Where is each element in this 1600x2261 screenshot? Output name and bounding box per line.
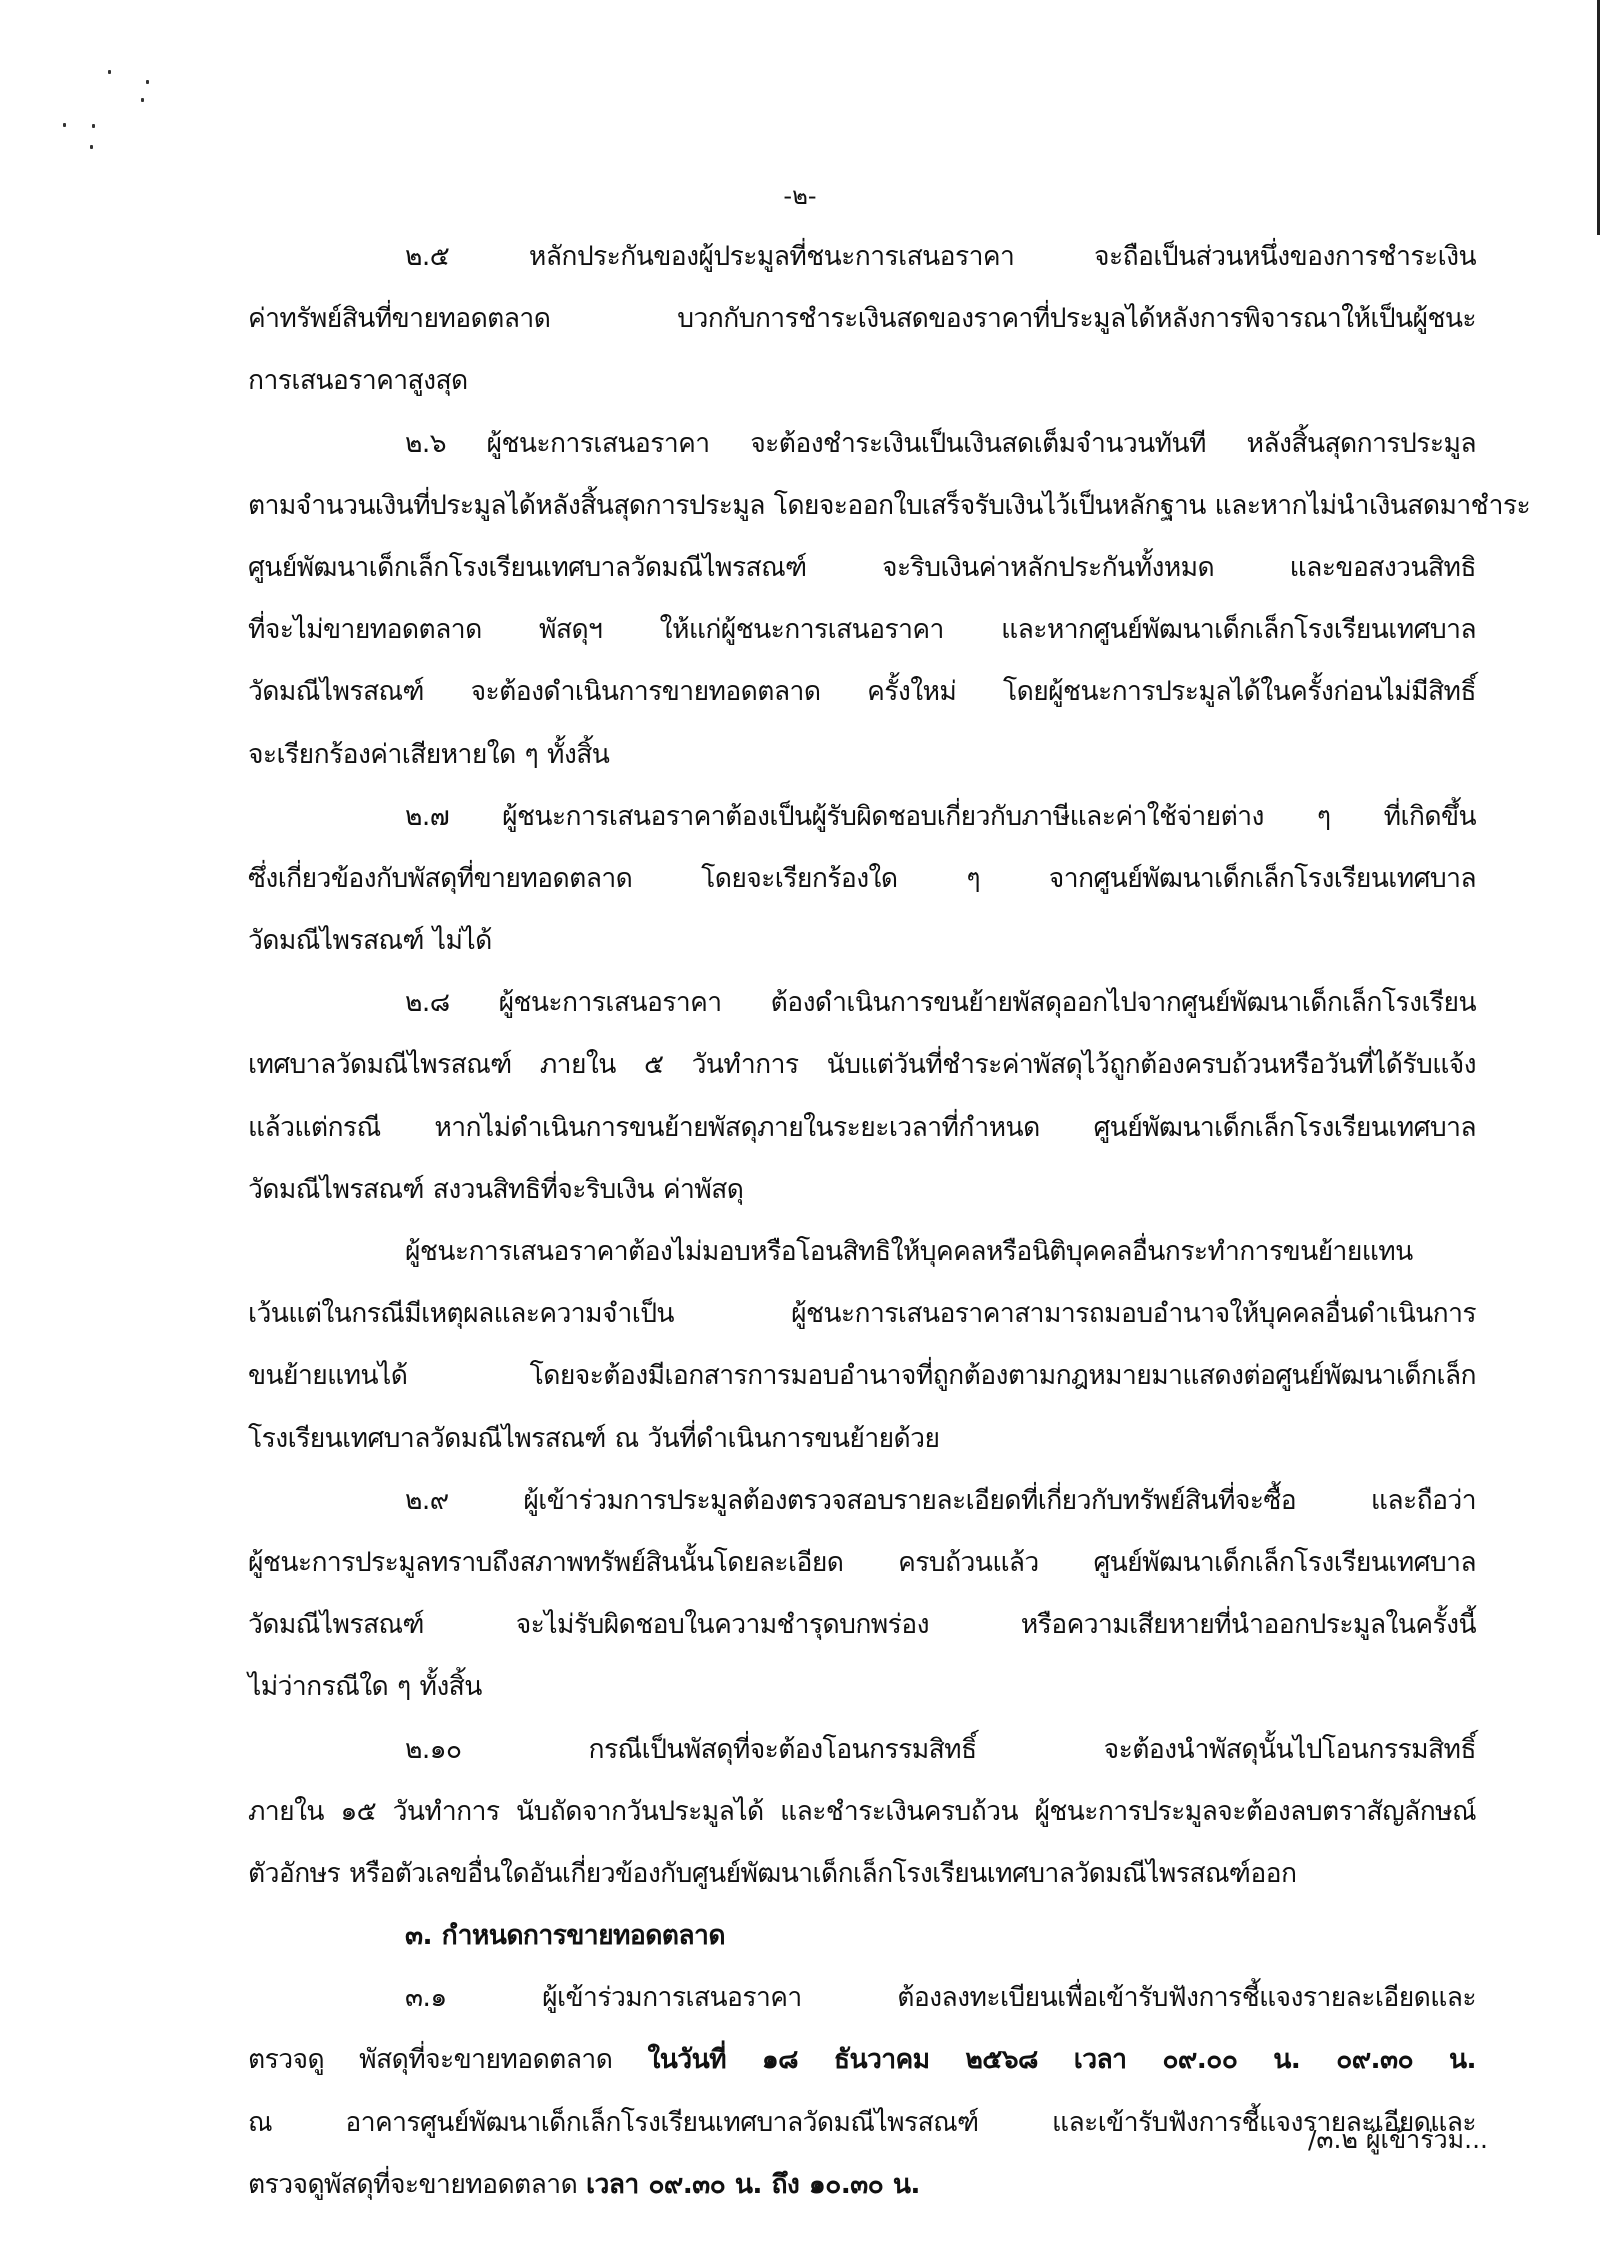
text-normal: ตรวจดู พัสดุที่จะขายทอดตลาด [248,2044,647,2075]
text-normal: ตรวจดูพัสดุที่จะขายทอดตลาด [248,2169,586,2200]
paragraph-line: ค่าทรัพย์สินที่ขายทอดตลาด บวกกับการชำระเ… [248,288,1476,350]
paragraph-line: ตรวจดู พัสดุที่จะขายทอดตลาด ในวันที่ ๑๘ … [248,2029,1476,2091]
paragraph-line: ผู้ชนะการเสนอราคาต้องไม่มอบหรือโอนสิทธิใ… [248,1221,1476,1283]
paragraph-line: เทศบาลวัดมณีไพรสณฑ์ ภายใน ๕ วันทำการ นับ… [248,1034,1476,1096]
clause-2-6: ๒.๖ ผู้ชนะการเสนอราคา จะต้องชำระเงินเป็น… [248,413,1476,786]
paragraph-line: เว้นแต่ในกรณีมีเหตุผลและความจำเป็น ผู้ชน… [248,1283,1476,1345]
clause-2-9: ๒.๙ ผู้เข้าร่วมการประมูลต้องตรวจสอบรายละ… [248,1470,1476,1719]
paragraph-line: ตรวจดูพัสดุที่จะขายทอดตลาด เวลา ๐๙.๓๐ น.… [248,2154,1476,2216]
page-number: -๒- [0,176,1600,215]
paragraph-line: ที่จะไม่ขายทอดตลาด พัสดุฯ ให้แก่ผู้ชนะกา… [248,599,1476,661]
scan-speck [63,123,66,127]
paragraph-line: จะเรียกร้องค่าเสียหายใด ๆ ทั้งสิ้น [248,724,1476,786]
clause-2-10: ๒.๑๐ กรณีเป็นพัสดุที่จะต้องโอนกรรมสิทธิ์… [248,1719,1476,1906]
clause-3-1: ๓.๑ ผู้เข้าร่วมการเสนอราคา ต้องลงทะเบียน… [248,1967,1476,2216]
paragraph-line: วัดมณีไพรสณฑ์ ไม่ได้ [248,910,1476,972]
paragraph-line: ๓.๑ ผู้เข้าร่วมการเสนอราคา ต้องลงทะเบียน… [248,1967,1476,2029]
paragraph-line: ณ อาคารศูนย์พัฒนาเด็กเล็กโรงเรียนเทศบาลว… [248,2092,1476,2154]
paragraph-line: ๒.๕ หลักประกันของผู้ประมูลที่ชนะการเสนอร… [248,226,1476,288]
paragraph-line: การเสนอราคาสูงสุด [248,350,1476,412]
scan-speck [108,70,111,74]
paragraph-line: ภายใน ๑๕ วันทำการ นับถัดจากวันประมูลได้ … [248,1781,1476,1843]
paragraph-line: ซึ่งเกี่ยวข้องกับพัสดุที่ขายทอดตลาด โดยจ… [248,848,1476,910]
clause-2-8: ๒.๘ ผู้ชนะการเสนอราคา ต้องดำเนินการขนย้า… [248,972,1476,1221]
paragraph-line: วัดมณีไพรสณฑ์ จะต้องดำเนินการขายทอดตลาด … [248,661,1476,723]
paragraph-line: ๒.๑๐ กรณีเป็นพัสดุที่จะต้องโอนกรรมสิทธิ์… [248,1719,1476,1781]
paragraph-line: ขนย้ายแทนได้ โดยจะต้องมีเอกสารการมอบอำนา… [248,1345,1476,1407]
scan-speck [90,145,93,149]
paragraph-line: ๒.๘ ผู้ชนะการเสนอราคา ต้องดำเนินการขนย้า… [248,972,1476,1034]
section-heading: ๓. กำหนดการขายทอดตลาด [248,1905,1476,1967]
registration-date-time: ในวันที่ ๑๘ ธันวาคม ๒๕๖๘ เวลา ๐๙.๐๐ น. ๐… [647,2044,1476,2075]
paragraph-line: ผู้ชนะการประมูลทราบถึงสภาพทรัพย์สินนั้นโ… [248,1532,1476,1594]
continuation-marker: /๓.๒ ผู้เข้าร่วม... [1308,2120,1488,2160]
clause-2-5: ๒.๕ หลักประกันของผู้ประมูลที่ชนะการเสนอร… [248,226,1476,413]
scan-speck [146,80,149,84]
paragraph-line: ตามจำนวนเงินที่ประมูลได้หลังสิ้นสุดการปร… [248,475,1476,537]
clause-2-7: ๒.๗ ผู้ชนะการเสนอราคาต้องเป็นผู้รับผิดชอ… [248,786,1476,973]
paragraph-line: ศูนย์พัฒนาเด็กเล็กโรงเรียนเทศบาลวัดมณีไพ… [248,537,1476,599]
paragraph-line: ตัวอักษร หรือตัวเลขอื่นใดอันเกี่ยวข้องกั… [248,1843,1476,1905]
inspection-time: เวลา ๐๙.๓๐ น. ถึง ๑๐.๓๐ น. [586,2169,920,2200]
paragraph-line: โรงเรียนเทศบาลวัดมณีไพรสณฑ์ ณ วันที่ดำเน… [248,1408,1476,1470]
paragraph-line: วัดมณีไพรสณฑ์ สงวนสิทธิที่จะริบเงิน ค่าพ… [248,1159,1476,1221]
document-body: ๒.๕ หลักประกันของผู้ประมูลที่ชนะการเสนอร… [248,226,1476,2216]
scan-speck [141,98,144,102]
paragraph-line: ไม่ว่ากรณีใด ๆ ทั้งสิ้น [248,1656,1476,1718]
paragraph-line: ๒.๖ ผู้ชนะการเสนอราคา จะต้องชำระเงินเป็น… [248,413,1476,475]
paragraph-line: วัดมณีไพรสณฑ์ จะไม่รับผิดชอบในความชำรุดบ… [248,1594,1476,1656]
paragraph-line: ๒.๗ ผู้ชนะการเสนอราคาต้องเป็นผู้รับผิดชอ… [248,786,1476,848]
paragraph-line: ๒.๙ ผู้เข้าร่วมการประมูลต้องตรวจสอบรายละ… [248,1470,1476,1532]
clause-2-8-note: ผู้ชนะการเสนอราคาต้องไม่มอบหรือโอนสิทธิใ… [248,1221,1476,1470]
scan-speck [92,124,95,128]
paragraph-line: แล้วแต่กรณี หากไม่ดำเนินการขนย้ายพัสดุภา… [248,1097,1476,1159]
